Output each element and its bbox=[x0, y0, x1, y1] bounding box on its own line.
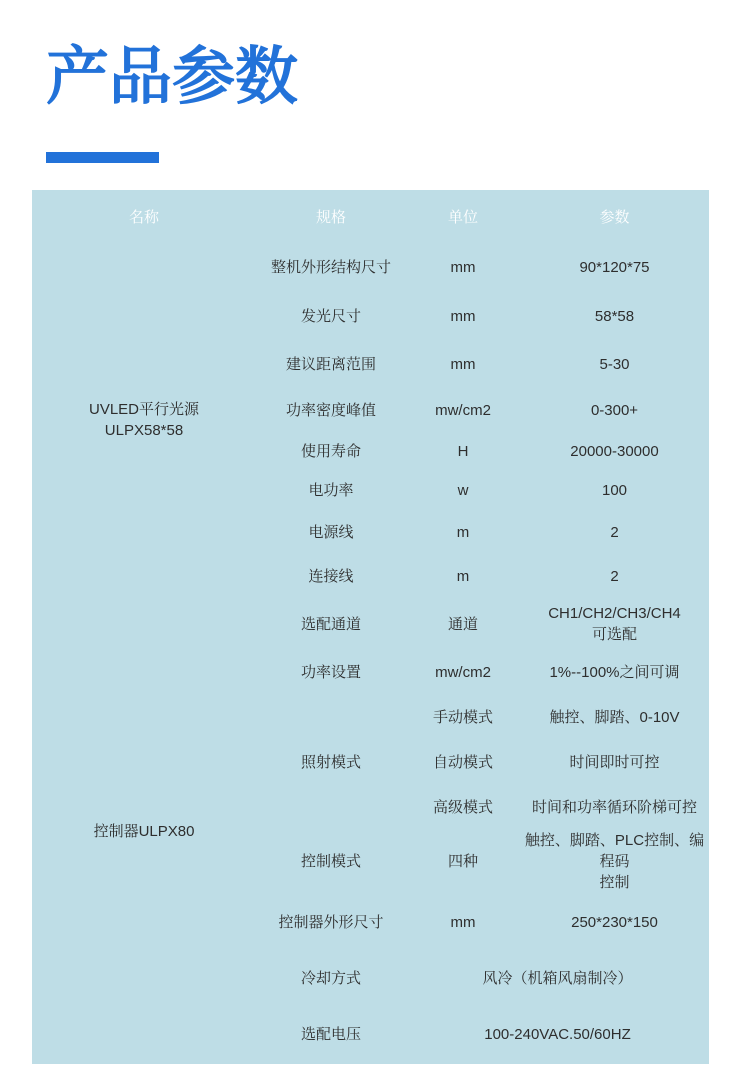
param-cell: 触控、脚踏、0-10V bbox=[520, 695, 709, 740]
spec-cell: 电功率 bbox=[256, 470, 406, 510]
title-underline bbox=[46, 152, 159, 163]
column-header-name: 名称 bbox=[32, 190, 256, 242]
unit-cell: mm bbox=[406, 340, 520, 388]
param-cell: 触控、脚踏、PLC控制、编程码 控制 bbox=[520, 830, 709, 893]
spec-cell: 冷却方式 bbox=[256, 951, 406, 1005]
unit-cell: 自动模式 bbox=[406, 740, 520, 784]
table-row: UVLED平行光源 ULPX58*58 整机外形结构尺寸 mm 90*120*7… bbox=[32, 242, 709, 292]
param-cell: 2 bbox=[520, 510, 709, 554]
spec-cell: 选配通道 bbox=[256, 598, 406, 650]
page-title: 产品参数 bbox=[46, 46, 298, 109]
param-cell: 20000-30000 bbox=[520, 432, 709, 470]
param-cell: 250*230*150 bbox=[520, 893, 709, 951]
spec-cell: 建议距离范围 bbox=[256, 340, 406, 388]
unit-cell: H bbox=[406, 432, 520, 470]
unit-cell: m bbox=[406, 510, 520, 554]
param-cell: 1%--100%之间可调 bbox=[520, 650, 709, 695]
param-cell: 时间和功率循环阶梯可控 bbox=[520, 784, 709, 830]
unit-cell: mm bbox=[406, 292, 520, 340]
spec-cell: 控制器外形尺寸 bbox=[256, 893, 406, 951]
unit-cell: 手动模式 bbox=[406, 695, 520, 740]
spec-cell: 选配电压 bbox=[256, 1005, 406, 1064]
product-name-cell: 控制器ULPX80 bbox=[32, 598, 256, 1064]
spec-cell: 电源线 bbox=[256, 510, 406, 554]
table-row: 控制器ULPX80 选配通道 通道 CH1/CH2/CH3/CH4 可选配 bbox=[32, 598, 709, 650]
column-header-spec: 规格 bbox=[256, 190, 406, 242]
param-cell: 5-30 bbox=[520, 340, 709, 388]
column-header-param: 参数 bbox=[520, 190, 709, 242]
header-row: 名称 规格 单位 参数 bbox=[32, 190, 709, 242]
product-parameters-page: 产品参数 名称 规格 单位 参数 UVLED平行光源 ULPX58*58 整机外… bbox=[0, 0, 750, 1076]
param-cell: 0-300+ bbox=[520, 388, 709, 432]
spec-cell: 控制模式 bbox=[256, 830, 406, 893]
param-cell: 90*120*75 bbox=[520, 242, 709, 292]
param-cell: CH1/CH2/CH3/CH4 可选配 bbox=[520, 598, 709, 650]
product-spec-table: 名称 规格 单位 参数 UVLED平行光源 ULPX58*58 整机外形结构尺寸… bbox=[32, 190, 709, 1064]
column-header-unit: 单位 bbox=[406, 190, 520, 242]
spec-cell: 发光尺寸 bbox=[256, 292, 406, 340]
spec-cell: 功率密度峰值 bbox=[256, 388, 406, 432]
param-cell-merged: 风冷（机箱风扇制冷） bbox=[406, 951, 709, 1005]
param-cell: 58*58 bbox=[520, 292, 709, 340]
param-cell-merged: 100-240VAC.50/60HZ bbox=[406, 1005, 709, 1064]
unit-cell: 通道 bbox=[406, 598, 520, 650]
unit-cell: 四种 bbox=[406, 830, 520, 893]
unit-cell: mw/cm2 bbox=[406, 650, 520, 695]
unit-cell: mw/cm2 bbox=[406, 388, 520, 432]
unit-cell: mm bbox=[406, 242, 520, 292]
spec-cell: 功率设置 bbox=[256, 650, 406, 695]
spec-cell: 连接线 bbox=[256, 554, 406, 598]
param-cell: 100 bbox=[520, 470, 709, 510]
param-cell: 时间即时可控 bbox=[520, 740, 709, 784]
unit-cell: m bbox=[406, 554, 520, 598]
unit-cell: mm bbox=[406, 893, 520, 951]
product-name-cell: UVLED平行光源 ULPX58*58 bbox=[32, 242, 256, 598]
param-cell: 2 bbox=[520, 554, 709, 598]
spec-cell: 使用寿命 bbox=[256, 432, 406, 470]
unit-cell: w bbox=[406, 470, 520, 510]
spec-cell: 整机外形结构尺寸 bbox=[256, 242, 406, 292]
unit-cell: 高级模式 bbox=[406, 784, 520, 830]
spec-cell-irradiation-mode: 照射模式 bbox=[256, 695, 406, 830]
